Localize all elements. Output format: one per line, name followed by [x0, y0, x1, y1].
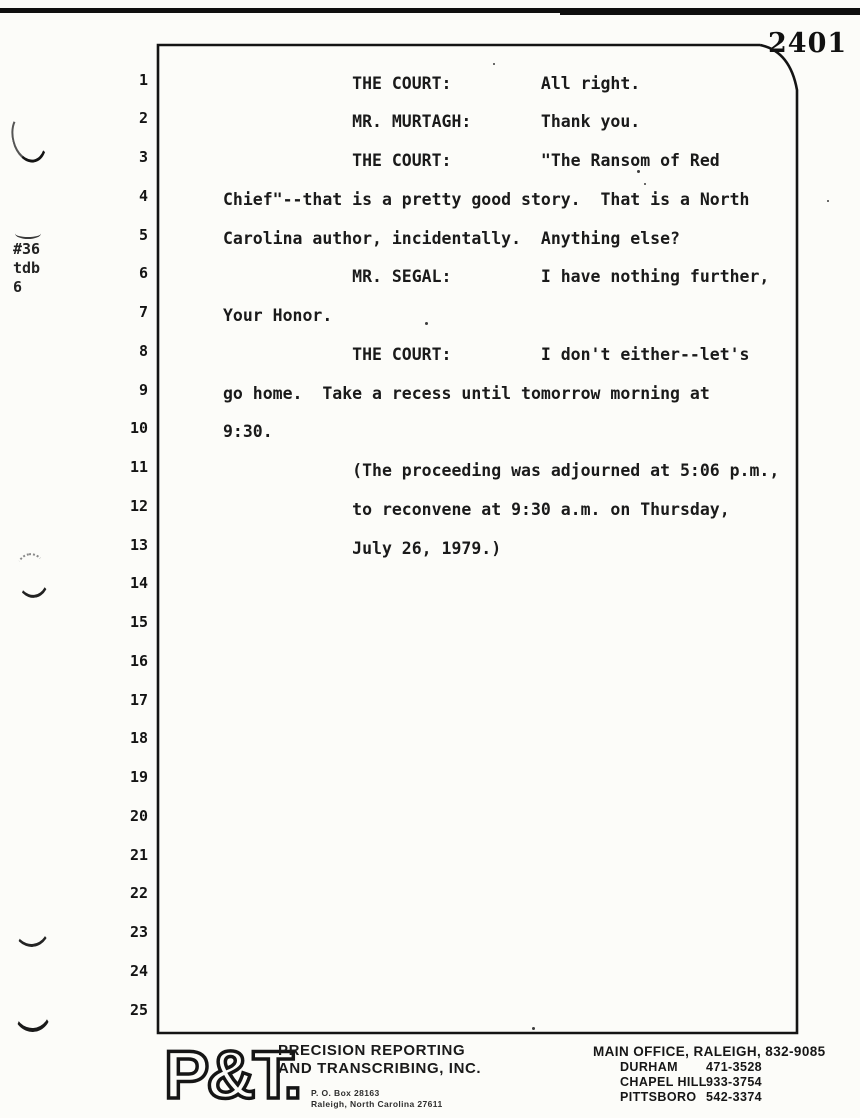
transcript-line-text: to reconvene at 9:30 a.m. on Thursday,: [223, 490, 730, 529]
transcript-line-text: THE COURT: I don't either--let's: [223, 335, 750, 374]
line-number: 19: [118, 758, 148, 797]
company-name-line1: PRECISION REPORTING: [278, 1042, 465, 1059]
transcript-row: 20: [0, 800, 860, 839]
transcript-row: 13 July 26, 1979.): [0, 529, 860, 568]
line-number: 22: [118, 874, 148, 913]
transcript-row: 9go home. Take a recess until tomorrow m…: [0, 374, 860, 413]
transcript-row: 24: [0, 955, 860, 994]
line-number: 15: [118, 603, 148, 642]
line-number: 7: [118, 293, 148, 332]
office-row: DURHAM471-3528: [593, 1060, 843, 1075]
transcript-row: 25: [0, 994, 860, 1033]
transcript-row: 11 (The proceeding was adjourned at 5:06…: [0, 451, 860, 490]
transcript-line-text: 9:30.: [223, 412, 273, 451]
line-number: 2: [118, 99, 148, 138]
line-number: 23: [118, 913, 148, 952]
transcript-row: 109:30.: [0, 412, 860, 451]
transcript-row: 23: [0, 916, 860, 955]
transcript-row: 1 THE COURT: All right.: [0, 64, 860, 103]
office-row: CHAPEL HILL933-3754: [593, 1075, 843, 1090]
line-number: 13: [118, 526, 148, 565]
noise-dot: [827, 200, 829, 202]
transcript-line-text: MR. SEGAL: I have nothing further,: [223, 257, 769, 296]
line-number: 11: [118, 448, 148, 487]
transcript-line-text: THE COURT: "The Ransom of Red: [223, 141, 720, 180]
noise-dot: [532, 1027, 535, 1030]
line-number: 18: [118, 719, 148, 758]
line-number: 6: [118, 254, 148, 293]
line-number: 5: [118, 216, 148, 255]
transcript-row: 21: [0, 839, 860, 878]
office-phone: 542-3374: [706, 1090, 762, 1104]
transcript-line-text: THE COURT: All right.: [223, 64, 640, 103]
line-number: 14: [118, 564, 148, 603]
line-number: 1: [118, 61, 148, 100]
office-location: PITTSBORO: [620, 1090, 697, 1104]
transcript-row: 3 THE COURT: "The Ransom of Red: [0, 141, 860, 180]
contact-block: MAIN OFFICE, RALEIGH, 832-9085 DURHAM471…: [593, 1044, 843, 1105]
transcript-line-text: July 26, 1979.): [223, 529, 501, 568]
office-phone: 933-3754: [706, 1075, 762, 1089]
transcript-line-text: go home. Take a recess until tomorrow mo…: [223, 374, 710, 413]
office-row: PITTSBORO542-3374: [593, 1090, 843, 1105]
transcript-line-text: Your Honor.: [223, 296, 332, 335]
line-number: 25: [118, 991, 148, 1030]
address-line1: P. O. Box 28163: [311, 1088, 380, 1098]
company-address: P. O. Box 28163Raleigh, North Carolina 2…: [311, 1088, 443, 1110]
transcript-row: 6 MR. SEGAL: I have nothing further,: [0, 257, 860, 296]
line-number: 10: [118, 409, 148, 448]
transcript-line-text: (The proceeding was adjourned at 5:06 p.…: [223, 451, 779, 490]
line-number: 4: [118, 177, 148, 216]
line-number: 16: [118, 642, 148, 681]
main-office-line: MAIN OFFICE, RALEIGH, 832-9085: [593, 1044, 843, 1060]
transcript-row: 8 THE COURT: I don't either--let's: [0, 335, 860, 374]
line-number: 21: [118, 836, 148, 875]
noise-dot: [637, 170, 640, 173]
transcript-line-text: Carolina author, incidentally. Anything …: [223, 219, 680, 258]
transcript-row: 4Chief"--that is a pretty good story. Th…: [0, 180, 860, 219]
transcript-row: 7Your Honor.: [0, 296, 860, 335]
transcript-row: 18: [0, 722, 860, 761]
line-number: 8: [118, 332, 148, 371]
office-location: CHAPEL HILL: [620, 1075, 707, 1089]
office-rows: DURHAM471-3528CHAPEL HILL933-3754PITTSBO…: [593, 1060, 843, 1105]
transcript-line-text: MR. MURTAGH: Thank you.: [223, 102, 640, 141]
noise-dot: [493, 63, 495, 65]
company-name: PRECISION REPORTINGAND TRANSCRIBING, INC…: [278, 1042, 481, 1077]
line-number: 3: [118, 138, 148, 177]
transcript-row: 19: [0, 761, 860, 800]
transcript-row: 12 to reconvene at 9:30 a.m. on Thursday…: [0, 490, 860, 529]
office-phone: 471-3528: [706, 1060, 762, 1074]
transcript-row: 14: [0, 567, 860, 606]
transcript-row: 17: [0, 684, 860, 723]
transcript-row: 15: [0, 606, 860, 645]
line-number: 20: [118, 797, 148, 836]
line-number: 12: [118, 487, 148, 526]
noise-dot: [644, 183, 646, 185]
company-name-line2: AND TRANSCRIBING, INC.: [278, 1060, 481, 1077]
line-number: 17: [118, 681, 148, 720]
address-line2: Raleigh, North Carolina 27611: [311, 1099, 443, 1109]
transcript-row: 2 MR. MURTAGH: Thank you.: [0, 102, 860, 141]
transcript-row: 22: [0, 877, 860, 916]
line-number: 9: [118, 371, 148, 410]
line-number: 24: [118, 952, 148, 991]
transcript-line-text: Chief"--that is a pretty good story. Tha…: [223, 180, 750, 219]
noise-dot: [425, 322, 428, 325]
office-location: DURHAM: [620, 1060, 678, 1074]
transcript-row: 5Carolina author, incidentally. Anything…: [0, 219, 860, 258]
transcript-row: 16: [0, 645, 860, 684]
